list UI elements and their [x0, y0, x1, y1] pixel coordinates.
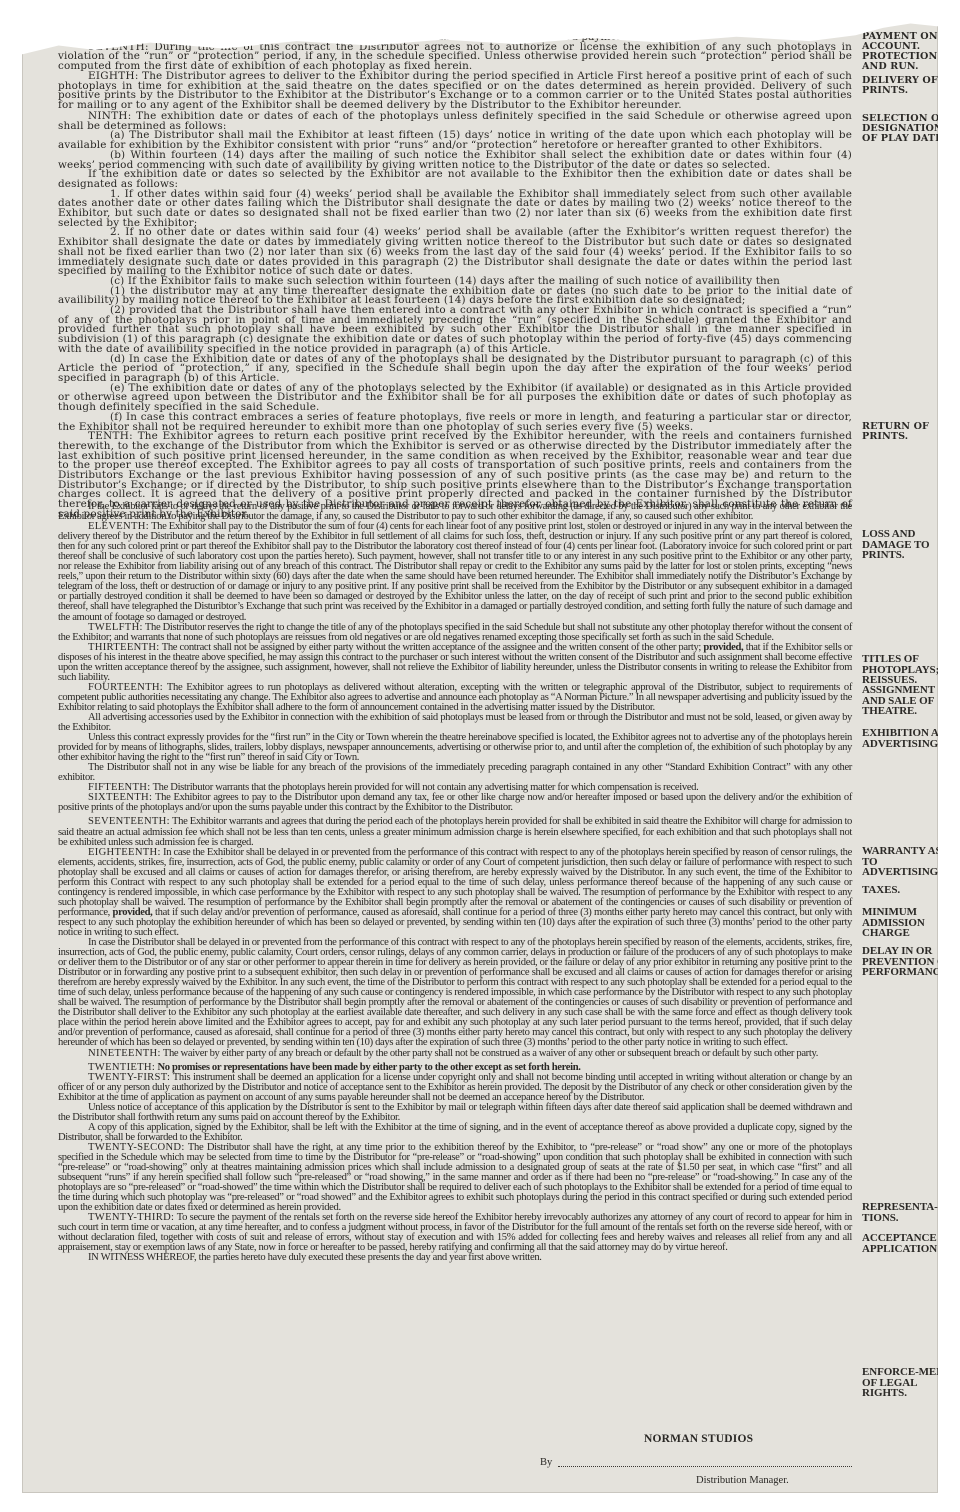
article-nineteenth: NINETEENTH: The waiver by either party o… [58, 1049, 852, 1059]
margin-note-return: RETURN OF PRINTS. [862, 422, 958, 442]
article-thirteenth: THIRTEENTH: The contract shall not be as… [58, 643, 852, 683]
article-seventh: SEVENTH: During the life of this contrac… [58, 43, 852, 72]
margin-note-selection: SELECTION OR DESIGNATION OF PLAY DATES. [862, 114, 958, 144]
margin-note-warranty: WARRANTY AS TO ADVERTISING. [862, 846, 958, 878]
article-twenty-third: TWENTY-THIRD: To secure the payment of t… [58, 1213, 852, 1253]
margin-note-representations: REPRESENTA-TIONS. [862, 1202, 958, 1223]
article-fourteenth-p3: Unless this contract expressly provides … [58, 733, 852, 763]
margin-note-acceptance: ACCEPTANCE OF APPLICATION [862, 1233, 958, 1254]
article-ninth-2: 2. If no other date or dates within said… [58, 228, 852, 277]
margin-note-minimum: MINIMUM ADMISSION CHARGE [862, 907, 958, 939]
article-ninth-a: (a) The Distributor shall mail the Exhib… [58, 131, 852, 150]
articles-sixth-to-eighth: SIXTH: Payment, if any, made upon the ex… [58, 33, 852, 111]
margin-note-taxes: TAXES. [862, 885, 958, 896]
signature-title: Distribution Manager. [696, 1475, 789, 1486]
contract-page: SIXTH: Payment, if any, made upon the ex… [22, 22, 938, 1493]
witness-clause: IN WITNESS WHEREOF, the parties hereto h… [58, 1253, 852, 1263]
article-ninth: NINTH: The exhibition date or dates of e… [58, 112, 852, 520]
article-ninth-e: (e) The exhibition date or dates of any … [58, 384, 852, 413]
signature-line [558, 1466, 852, 1467]
article-eighth: EIGHTH: The Distributor agrees to delive… [58, 72, 852, 111]
signature-by-label: By [540, 1457, 552, 1468]
article-twenty-second: TWENTY-SECOND: The Distributor shall hav… [58, 1143, 852, 1213]
margin-note-exhibition: EXHIBITION AND ADVERTISING [862, 728, 958, 749]
margin-note-enforcement: ENFORCE-MENT OF LEGAL RIGHTS. [862, 1367, 958, 1399]
article-eleventh: ELEVENTH: The Exhibitor shall pay to the… [58, 522, 852, 622]
article-eighteenth: EIGHTEENTH: In case the Exhibitor shall … [58, 848, 852, 938]
article-twenty-first: TWENTY-FIRST: This instrument shall be d… [58, 1073, 852, 1103]
margin-note-loss: LOSS AND DAMAGE TO PRINTS. [862, 529, 958, 561]
article-ninth-1: 1. If other dates within said four (4) w… [58, 190, 852, 229]
margin-note-delay: DELAY IN OR PREVENTION OF PERFORMANCE [862, 946, 958, 978]
margin-note-assignment: ASSIGNMENT AND SALE OF THEATRE. [862, 685, 958, 717]
article-ninth-c2: (2) provided that the Distributor shall … [58, 306, 852, 355]
margin-note-payment: PAYMENT ON ACCOUNT. [862, 32, 958, 52]
margin-note-delivery: DELIVERY OF PRINTS. [862, 76, 958, 96]
article-twenty-first-p2: Unless notice of acceptance of this appl… [58, 1103, 852, 1123]
article-fourteenth: FOURTEENTH: The Exhibitor agrees to run … [58, 683, 852, 713]
article-fourteenth-p4: The Distributor shall not in any wise be… [58, 763, 852, 783]
articles-tenth-cont-to-end: If the Exhibitor fails to or delays the … [58, 502, 852, 1264]
margin-note-titles: TITLES OF PHOTOPLAYS; REISSUES. [862, 654, 958, 686]
article-ninth-d: (d) In case the Exhibition date or dates… [58, 355, 852, 384]
article-sixteenth: SIXTEENTH: The Exhibitor agrees to pay t… [58, 793, 852, 813]
article-ninth-b-cont: If the exhibition date or dates so selec… [58, 170, 852, 189]
article-seventeenth: SEVENTEENTH: The Exhibitor warrants and … [58, 817, 852, 847]
article-twelfth: TWELFTH: The Distributor reserves the ri… [58, 623, 852, 643]
company-name: NORMAN STUDIOS [644, 1433, 753, 1445]
article-fourteenth-p2: All advertising accessories used by the … [58, 713, 852, 733]
article-tenth-cont: If the Exhibitor fails to or delays the … [58, 502, 852, 522]
article-twenty-first-p3: A copy of this application, signed by th… [58, 1123, 852, 1143]
article-eighteenth-p2: In case the Distributor shall be delayed… [58, 938, 852, 1049]
margin-note-protection: PROTECTION AND RUN. [862, 52, 958, 72]
